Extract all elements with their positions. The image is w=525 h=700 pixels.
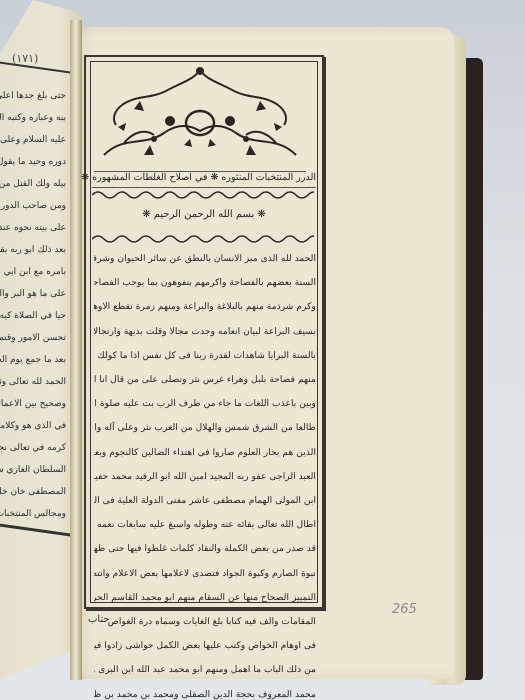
basmala: ❋ بسم الله الرحمن الرحيم ❋: [92, 209, 316, 220]
text-line: على بيته نحوه عند الحرمه والقيور: [0, 217, 66, 239]
text-line: ومجالس المنتخبات المنثوره في اصلاح: [0, 503, 66, 525]
book-gutter: [70, 20, 82, 680]
pencil-page-number: 265: [392, 602, 417, 617]
left-page-text: حتى بلغ جدها اعلى الدرج الحدوهيهببه وعبا…: [0, 85, 66, 525]
main-text: الحمد لله الذى ميز الانسان بالنطق عن سائ…: [94, 247, 316, 700]
text-line: الحمد لله تعالى وثمرا: [0, 371, 66, 393]
floral-headpiece-ornament: [94, 65, 306, 172]
text-line: السلطان الغازي سليم: [0, 459, 66, 481]
text-line: كرمه في تعالى نجوم: [0, 437, 66, 459]
text-line: اطال الله تعالى بقائه عنه وطوله واسبغ عل…: [94, 513, 316, 537]
vine-border-ornament: [92, 191, 314, 199]
text-line: نبوة الصارم وكبوة الجواد فتصدى لاعلامها …: [94, 562, 316, 586]
text-line: على ما هو البر والملك: [0, 283, 66, 305]
text-line: الذين هم بحار العلوم صاروا فى اهتداء الض…: [94, 441, 316, 465]
text-line: المصطفى خان خلد الله دولته: [0, 481, 66, 503]
text-line: الحمد لله الذى ميز الانسان بالنطق عن سائ…: [94, 247, 316, 271]
text-line: بعد ذلك ابو ربه يقول انه فعال: [0, 239, 66, 261]
text-line: وبين باعذب اللغات ما جاء من طرف الرب بت …: [94, 392, 316, 416]
vine-border-ornament: [92, 235, 314, 243]
text-line: من ذلك الباب ما اهمل ومنهم ابو محمد عبد …: [94, 658, 316, 682]
text-line: طالعا من الشرق شمس والهلال من الغرب نثر …: [94, 416, 316, 440]
text-line: قد صدر من بعض الكملة والنقاد كلمات غلطوا…: [94, 537, 316, 561]
text-line: بعد ما جمع يوم الجمعة: [0, 349, 66, 371]
basmala-panel: ❋ بسم الله الرحمن الرحيم ❋: [92, 201, 316, 233]
text-line: محمد المعروف بحجة الدين الصقلى ومحمد بن …: [94, 683, 316, 700]
text-line: وكرم شرذمة منهم بالبلاغة والبراعة ومنهم …: [94, 295, 316, 319]
text-line: ببه وعباره وكتبه التصارى وكتب: [0, 107, 66, 129]
text-line: بامره مع ابن ابي ما لزوجه: [0, 261, 66, 283]
text-line: بسيف البراعة لبيان انعامه وجدت مجالا وقل…: [94, 320, 316, 344]
text-line: السنة بعضهم بالفصاحة واكرمهم بتفوهون بما…: [94, 271, 316, 295]
text-line: بالسنة البرايا شاهدات لقدرة ربنا فى كل ن…: [94, 344, 316, 368]
text-line: حيا في الصلاة كيه بعض اللسان: [0, 305, 66, 327]
book-title: الدرر المنتخبات المنثوره ❋ في اصلاح الغل…: [92, 169, 316, 188]
text-line: المقامات والف فيه كتابا بلغ الغايات وسما…: [94, 610, 316, 634]
text-line: دوره وحيد ما يقول بن عراقة: [0, 151, 66, 173]
text-line: منهم فصاحة بلبل وهراء غرس نثر ونصلى على …: [94, 368, 316, 392]
text-line: تحسن الامور وقتم الثاني: [0, 327, 66, 349]
catchword: حتاب: [88, 614, 110, 625]
text-frame: الدرر المنتخبات المنثوره ❋ في اصلاح الغل…: [84, 55, 324, 609]
text-line: ابن المولى الهمام مصطفى عاشر مفتى الدولة…: [94, 489, 316, 513]
text-line: في الذي هو وكلامه والكرم: [0, 415, 66, 437]
text-line: ومن صاحب الدور من يها يجهل: [0, 195, 66, 217]
text-line: حتى بلغ جدها اعلى الدرج الحدوهيه: [0, 85, 66, 107]
text-line: عليه السلام وعلى الولدان الدي: [0, 129, 66, 151]
text-line: العبد الراجى عفو ربه المجيد امين الله اب…: [94, 465, 316, 489]
text-line: بيله ولك القتل من عين الحيان: [0, 173, 66, 195]
text-line: وصحيح بين الاعمال: [0, 393, 66, 415]
text-line: فى اوهام الخواص وكتب عليها بعض الكمل حوا…: [94, 634, 316, 658]
text-line: التمييز الصحاح منها عن السقام منهم ابو م…: [94, 586, 316, 610]
